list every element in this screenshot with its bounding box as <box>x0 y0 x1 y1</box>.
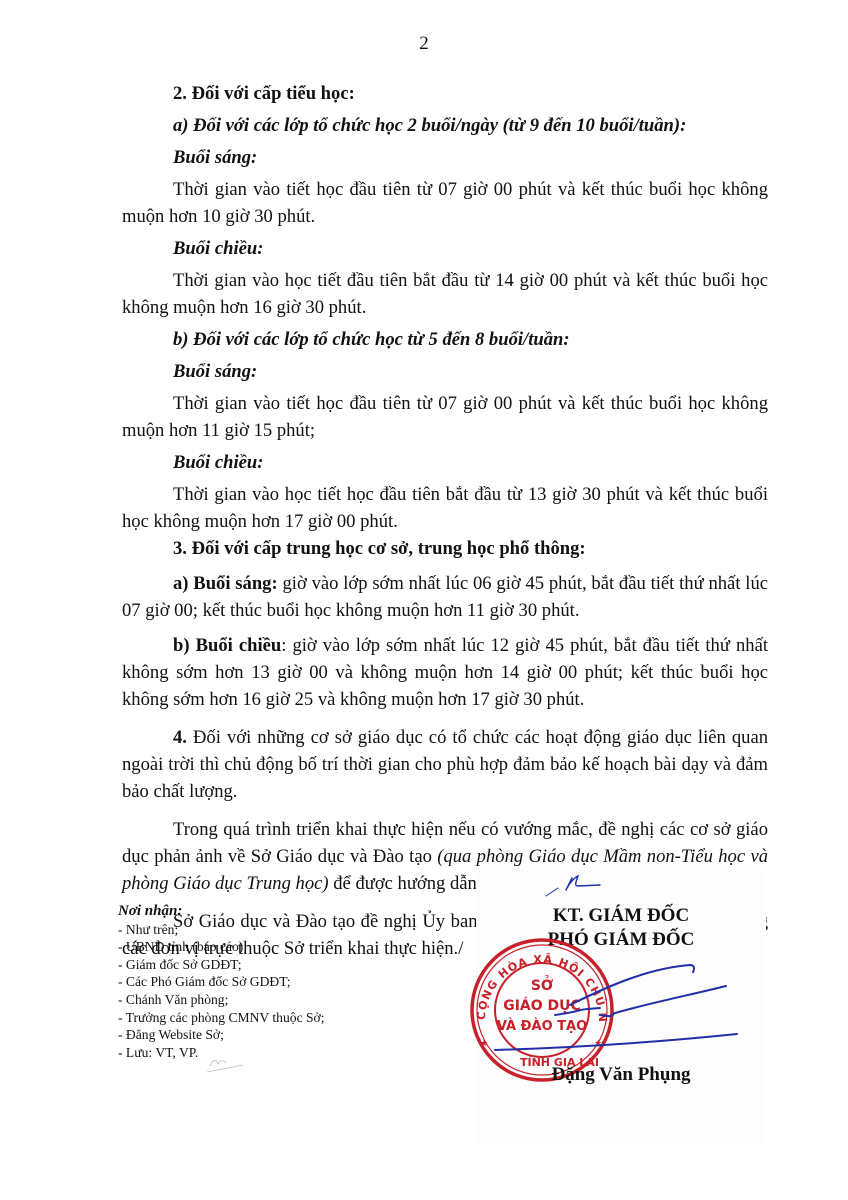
recipient-item: - Các Phó Giám đốc Sở GDĐT; <box>118 973 438 991</box>
page-number: 2 <box>0 33 848 55</box>
section-2b-heading: b) Đối với các lớp tổ chức học từ 5 đến … <box>122 326 768 353</box>
section-2-heading: 2. Đối với cấp tiểu học: <box>122 80 768 107</box>
section-4-text: Đối với những cơ sở giáo dục có tổ chức … <box>122 727 768 802</box>
section-3b-paragraph: b) Buổi chiều: giờ vào lớp sớm nhất lúc … <box>122 632 768 713</box>
section-3b-label: b) Buổi chiều <box>173 635 281 656</box>
section-2b-morning-label: Buổi sáng: <box>122 358 768 385</box>
section-2b-afternoon-label: Buổi chiều: <box>122 449 768 476</box>
section-4-label: 4. <box>173 727 187 748</box>
recipient-item: - Chánh Văn phòng; <box>118 991 438 1009</box>
section-3a-label: a) Buổi sáng: <box>173 573 278 594</box>
section-2a-morning-text: Thời gian vào tiết học đầu tiên từ 07 gi… <box>122 176 768 230</box>
section-2b-afternoon-text: Thời gian vào học tiết học đầu tiên bắt … <box>122 481 768 535</box>
section-2a-morning-label: Buổi sáng: <box>122 144 768 171</box>
section-2a-heading: a) Đối với các lớp tổ chức học 2 buổi/ng… <box>122 112 768 139</box>
recipients-title: Nơi nhận: <box>118 903 438 921</box>
recipient-item: - Đăng Website Sở; <box>118 1026 438 1044</box>
section-3a-paragraph: a) Buổi sáng: giờ vào lớp sớm nhất lúc 0… <box>122 570 768 624</box>
recipients-list: Nơi nhận: - Như trên; - UBND tỉnh (báo c… <box>118 903 438 1061</box>
faint-initial-mark <box>207 1065 243 1072</box>
signer-name: Đặng Văn Phụng <box>476 1064 766 1086</box>
recipient-item: - Như trên; <box>118 921 438 939</box>
section-3-heading: 3. Đối với cấp trung học cơ sở, trung họ… <box>122 535 768 562</box>
recipient-item: - Lưu: VT, VP. <box>118 1044 438 1062</box>
section-4-paragraph: 4. Đối với những cơ sở giáo dục có tổ ch… <box>122 724 768 805</box>
signature-title-line-1: KT. GIÁM ĐỐC <box>476 904 766 928</box>
recipient-item: - Giám đốc Sở GDĐT; <box>118 956 438 974</box>
section-2b-morning-text: Thời gian vào tiết học đầu tiên từ 07 gi… <box>122 390 768 444</box>
recipient-item: - UBND tỉnh (báo cáo); <box>118 938 438 956</box>
signature-title-line-2: PHÓ GIÁM ĐỐC <box>476 928 766 952</box>
recipient-item: - Trưởng các phòng CMNV thuộc Sở; <box>118 1009 438 1027</box>
section-2a-afternoon-label: Buổi chiều: <box>122 235 768 262</box>
closing-1-end-text: để được hướng dẫn. <box>329 873 482 894</box>
section-2a-afternoon-text: Thời gian vào học tiết đầu tiên bắt đầu … <box>122 267 768 321</box>
document-body: 2. Đối với cấp tiểu học: a) Đối với các … <box>122 80 768 962</box>
